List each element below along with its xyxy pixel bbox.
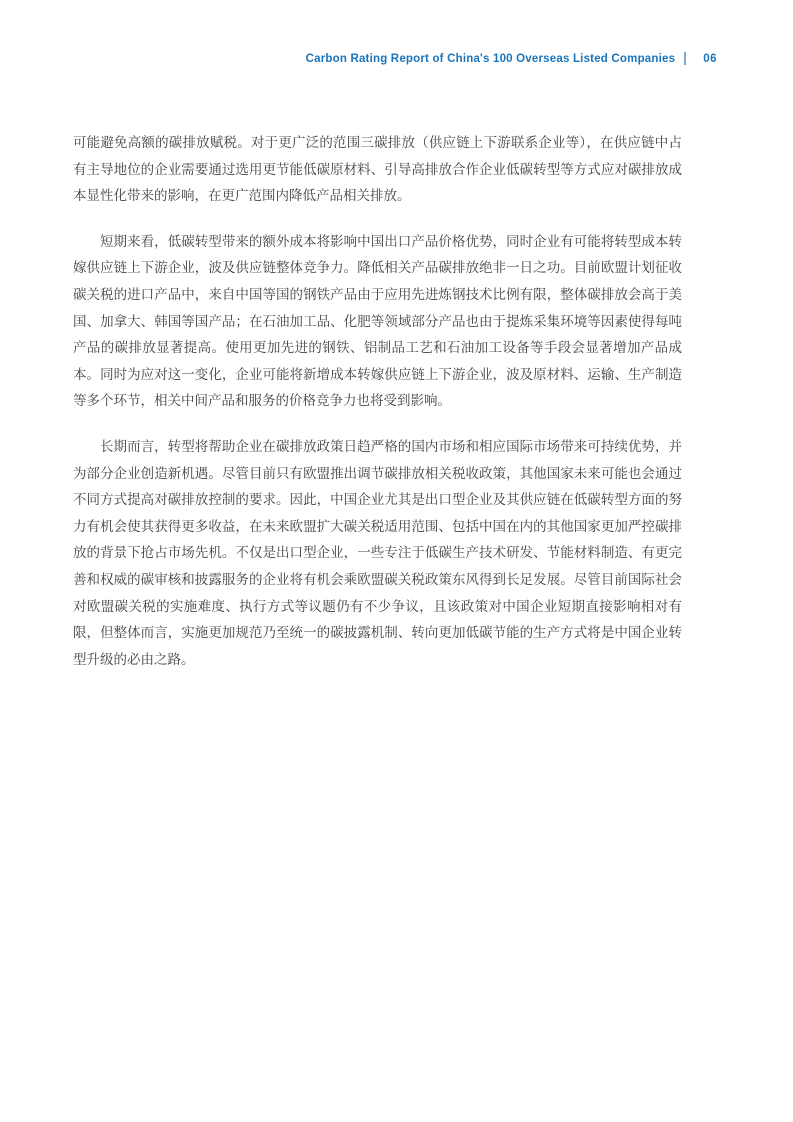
running-header: Carbon Rating Report of China's 100 Over…	[306, 52, 717, 65]
report-title: Carbon Rating Report of China's 100 Over…	[306, 53, 676, 65]
header-separator-bar	[684, 52, 686, 65]
page-number: 06	[703, 53, 717, 65]
body-text: 可能避免高额的碳排放赋税。对于更广泛的范围三碳排放（供应链上下游联系企业等），在…	[73, 130, 682, 673]
paragraph-short-term: 短期来看，低碳转型带来的额外成本将影响中国出口产品价格优势，同时企业有可能将转型…	[73, 229, 682, 415]
paragraph-continuation: 可能避免高额的碳排放赋税。对于更广泛的范围三碳排放（供应链上下游联系企业等），在…	[73, 130, 682, 210]
report-page: Carbon Rating Report of China's 100 Over…	[0, 0, 793, 1122]
paragraph-long-term: 长期而言，转型将帮助企业在碳排放政策日趋严格的国内市场和相应国际市场带来可持续优…	[73, 434, 682, 673]
